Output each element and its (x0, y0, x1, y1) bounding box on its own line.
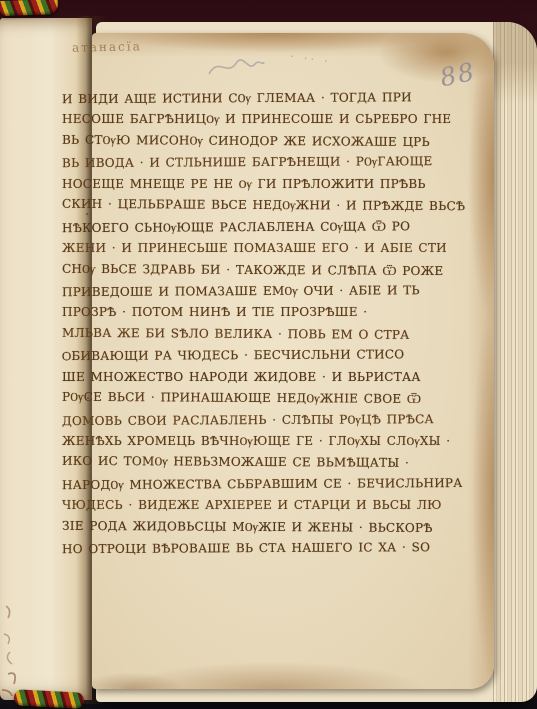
fore-edge-stripes (493, 22, 537, 702)
text-line: но отроци вѣроваше вь ста нашего іс ха ·… (62, 537, 474, 561)
text-line: женѣхь хромець вѣчнѹюще ге · глѹхы слѹхы… (62, 431, 474, 452)
text-line: приведоше и помазаше емѹ очи · абіе и ть (62, 280, 474, 304)
text-line: скин · цельбраше вьсе недѹжни · и прѣжде… (62, 194, 474, 218)
text-line: рѹсе вьси · принашающе недѹжніе свое ѿ (62, 387, 474, 411)
text-line: ѻбивающи ра чюдесь · бесчисльни стисо (62, 344, 474, 368)
facing-page-ink-marks (0, 600, 30, 700)
text-line: носеще мнеще ре не ѹ ги прѣложити прѣвь (62, 174, 474, 195)
text-line: снѹ вьсе здравь би · такожде и слѣпа ѿ р… (62, 258, 474, 282)
text-line: жени · и принесьше помазаше его · и абіе… (62, 238, 474, 259)
text-line: чюдесь · видеже архіерее и старци и вьсы… (62, 495, 474, 516)
text-line: ше множество народи жидове · и вьристаа (62, 367, 474, 388)
text-line: ико ис томѹ невьзможаше се вьмѣщаты · (62, 451, 474, 475)
text-line: вь ивода · и стльнише багрѣнещи · рѹгающ… (62, 151, 474, 175)
manuscript-photo: атанасїа · ·· · 88 и види аще истини сѹ … (0, 0, 537, 709)
text-line: вь стѹю мисонѹ синодор же исхожаше црь (62, 130, 474, 154)
manuscript-text-block: и види аще истини сѹ глемаа · тогда при … (62, 88, 474, 560)
text-line: и види аще истини сѹ глемаа · тогда при (62, 87, 474, 111)
text-line: мльва же би ѕѣло велика · повь ем о стра (62, 323, 474, 347)
text-line: нѣкоего сьнѹюще раслаблена сѹща ѿ ро (62, 216, 474, 240)
endband-bottom (14, 689, 85, 709)
text-line: прозрѣ · потом нинѣ и тіе прозрѣше · (62, 302, 474, 323)
endband-top (0, 0, 58, 16)
header-inscription: атанасїа (72, 39, 142, 54)
text-line: зіе рода жидовьсцы мѹжіе и жены · вьскор… (62, 515, 474, 539)
pencil-squiggle-mark (205, 52, 267, 82)
text-line: несоше багрѣницѹ и принесоше и сьребро г… (62, 109, 474, 130)
text-line: народѹ множества сьбравшим се · бечисльн… (62, 473, 474, 497)
text-line: домовь свои раслаблень · слѣпы рѹцѣ прѣс… (62, 408, 474, 432)
